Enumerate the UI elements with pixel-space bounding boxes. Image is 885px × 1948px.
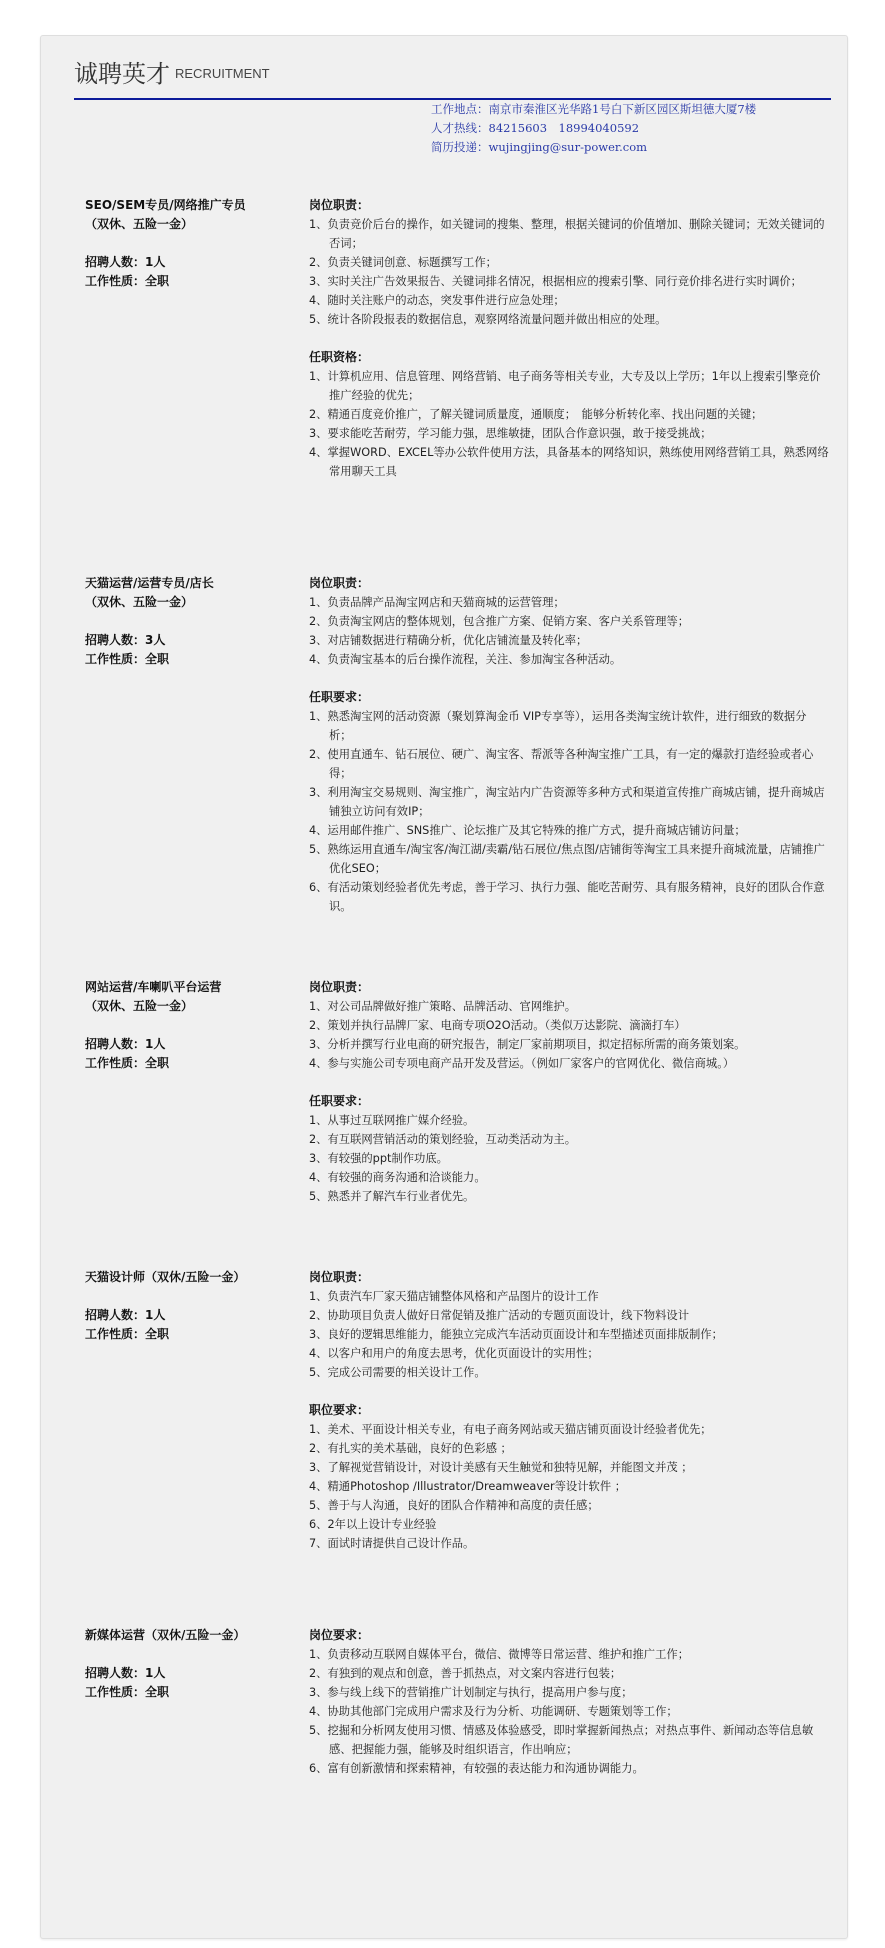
duty-item: 4、以客户和用户的角度去思考，优化页面设计的实用性； bbox=[309, 1344, 829, 1363]
job-summary: 天猫运营/运营专员/店长 （双休、五险一金） 招聘人数：3人 工作性质：全职 bbox=[85, 574, 295, 669]
job-title: 网站运营/车喇叭平台运营 bbox=[85, 978, 295, 997]
job-summary: 新媒体运营（双休/五险一金） 招聘人数：1人 工作性质：全职 bbox=[85, 1626, 295, 1702]
requirement-item: 1、计算机应用、信息管理、网络营销、电子商务等相关专业，大专及以上学历；1年以上… bbox=[309, 367, 829, 405]
page-subtitle: RECRUITMENT bbox=[175, 66, 270, 81]
requirement-item: 4、有较强的商务沟通和洽谈能力。 bbox=[309, 1168, 829, 1187]
requirement-item: 3、了解视觉营销设计，对设计美感有天生触觉和独特见解，并能图文并茂 ； bbox=[309, 1458, 829, 1477]
job-details: 岗位职责： 1、负责品牌产品淘宝网店和天猫商城的运营管理； 2、负责淘宝网店的整… bbox=[309, 574, 829, 916]
job-summary: SEO/SEM专员/网络推广专员 （双休、五险一金） 招聘人数：1人 工作性质：… bbox=[85, 196, 295, 291]
requirement-item: 2、有扎实的美术基础，良好的色彩感 ； bbox=[309, 1439, 829, 1458]
job-nature: 工作性质：全职 bbox=[85, 1054, 295, 1073]
job-nature: 工作性质：全职 bbox=[85, 650, 295, 669]
requirement-item: 3、有较强的ppt制作功底。 bbox=[309, 1149, 829, 1168]
duty-item: 4、协助其他部门完成用户需求及行为分析、功能调研、专题策划等工作； bbox=[309, 1702, 829, 1721]
duty-item: 4、参与实施公司专项电商产品开发及营运。（例如厂家客户的官网优化、微信商城。） bbox=[309, 1054, 829, 1073]
hotline: 人才热线：84215603 18994040592 bbox=[431, 119, 851, 138]
duty-item: 2、负责关键词创意、标题撰写工作； bbox=[309, 253, 829, 272]
duty-item: 5、完成公司需要的相关设计工作。 bbox=[309, 1363, 829, 1382]
job-summary: 天猫设计师（双休/五险一金） 招聘人数：1人 工作性质：全职 bbox=[85, 1268, 295, 1344]
duties-heading: 岗位职责： bbox=[309, 1268, 829, 1287]
duty-item: 4、随时关注账户的动态，突发事件进行应急处理； bbox=[309, 291, 829, 310]
requirement-item: 2、使用直通车、钻石展位、硬广、淘宝客、帮派等各种淘宝推广工具，有一定的爆款打造… bbox=[309, 745, 829, 783]
requirement-item: 5、熟悉并了解汽车行业者优先。 bbox=[309, 1187, 829, 1206]
requirements-heading: 任职资格： bbox=[309, 348, 829, 367]
job-nature: 工作性质：全职 bbox=[85, 1325, 295, 1344]
job-headcount: 招聘人数：1人 bbox=[85, 1035, 295, 1054]
job-headcount: 招聘人数：1人 bbox=[85, 1306, 295, 1325]
requirements-heading: 任职要求： bbox=[309, 1092, 829, 1111]
requirement-item: 5、熟练运用直通车/淘宝客/淘江湖/卖霸/钻石展位/焦点图/店铺街等淘宝工具来提… bbox=[309, 840, 829, 878]
duty-item: 1、负责移动互联网自媒体平台，微信、微博等日常运营、维护和推广工作； bbox=[309, 1645, 829, 1664]
duties-heading: 岗位要求： bbox=[309, 1626, 829, 1645]
job-headcount: 招聘人数：3人 bbox=[85, 631, 295, 650]
duty-item: 1、负责品牌产品淘宝网店和天猫商城的运营管理； bbox=[309, 593, 829, 612]
duties-heading: 岗位职责： bbox=[309, 978, 829, 997]
job-details: 岗位要求： 1、负责移动互联网自媒体平台，微信、微博等日常运营、维护和推广工作；… bbox=[309, 1626, 829, 1778]
requirement-item: 6、2年以上设计专业经验 bbox=[309, 1515, 829, 1534]
requirements-heading: 职位要求： bbox=[309, 1401, 829, 1420]
header: 诚聘英才 RECRUITMENT bbox=[74, 54, 831, 94]
contact-info: 工作地点：南京市秦淮区光华路1号白下新区园区斯坦德大厦7楼 人才热线：84215… bbox=[431, 100, 851, 157]
job-summary: 网站运营/车喇叭平台运营 （双休、五险一金） 招聘人数：1人 工作性质：全职 bbox=[85, 978, 295, 1073]
duty-item: 2、有独到的观点和创意，善于抓热点，对文案内容进行包装； bbox=[309, 1664, 829, 1683]
requirement-item: 2、有互联网营销活动的策划经验，互动类活动为主。 bbox=[309, 1130, 829, 1149]
job-details: 岗位职责： 1、负责汽车厂家天猫店铺整体风格和产品图片的设计工作 2、协助项目负… bbox=[309, 1268, 829, 1553]
recruitment-panel: 诚聘英才 RECRUITMENT 工作地点：南京市秦淮区光华路1号白下新区园区斯… bbox=[40, 35, 848, 1939]
duty-item: 3、参与线上线下的营销推广计划制定与执行，提高用户参与度； bbox=[309, 1683, 829, 1702]
duty-item: 1、负责汽车厂家天猫店铺整体风格和产品图片的设计工作 bbox=[309, 1287, 829, 1306]
duty-item: 2、协助项目负责人做好日常促销及推广活动的专题页面设计，线下物料设计 bbox=[309, 1306, 829, 1325]
requirement-item: 4、精通Photoshop /Illustrator/Dreamweaver等设… bbox=[309, 1477, 829, 1496]
duty-item: 6、富有创新激情和探索精神，有较强的表达能力和沟通协调能力。 bbox=[309, 1759, 829, 1778]
job-headcount: 招聘人数：1人 bbox=[85, 1664, 295, 1683]
page-title: 诚聘英才 bbox=[74, 54, 170, 89]
duty-item: 4、负责淘宝基本的后台操作流程，关注、参加淘宝各种活动。 bbox=[309, 650, 829, 669]
job-title: SEO/SEM专员/网络推广专员 bbox=[85, 196, 295, 215]
job-title: 天猫设计师（双休/五险一金） bbox=[85, 1268, 295, 1287]
duties-heading: 岗位职责： bbox=[309, 196, 829, 215]
requirement-item: 3、要求能吃苦耐劳，学习能力强，思维敏捷，团队合作意识强，敢于接受挑战； bbox=[309, 424, 829, 443]
job-nature: 工作性质：全职 bbox=[85, 272, 295, 291]
job-nature: 工作性质：全职 bbox=[85, 1683, 295, 1702]
requirement-item: 4、掌握WORD、EXCEL等办公软件使用方法，具备基本的网络知识，熟练使用网络… bbox=[309, 443, 829, 481]
requirement-item: 1、美术、平面设计相关专业，有电子商务网站或天猫店铺页面设计经验者优先； bbox=[309, 1420, 829, 1439]
duty-item: 3、良好的逻辑思维能力，能独立完成汽车活动页面设计和车型描述页面排版制作； bbox=[309, 1325, 829, 1344]
requirement-item: 5、善于与人沟通，良好的团队合作精神和高度的责任感； bbox=[309, 1496, 829, 1515]
job-details: 岗位职责： 1、负责竞价后台的操作，如关键词的搜集、整理，根据关键词的价值增加、… bbox=[309, 196, 829, 481]
job-title: 新媒体运营（双休/五险一金） bbox=[85, 1626, 295, 1645]
resume-email: 简历投递：wujingjing@sur-power.com bbox=[431, 138, 851, 157]
job-benefits: （双休、五险一金） bbox=[85, 593, 295, 612]
job-benefits: （双休、五险一金） bbox=[85, 997, 295, 1016]
duty-item: 1、负责竞价后台的操作，如关键词的搜集、整理，根据关键词的价值增加、删除关键词；… bbox=[309, 215, 829, 253]
work-address: 工作地点：南京市秦淮区光华路1号白下新区园区斯坦德大厦7楼 bbox=[431, 100, 851, 119]
requirements-heading: 任职要求： bbox=[309, 688, 829, 707]
requirement-item: 7、面试时请提供自己设计作品。 bbox=[309, 1534, 829, 1553]
duty-item: 3、实时关注广告效果报告、关键词排名情况，根据相应的搜索引擎、同行竞价排名进行实… bbox=[309, 272, 829, 291]
duty-item: 1、对公司品牌做好推广策略、品牌活动、官网维护。 bbox=[309, 997, 829, 1016]
requirement-item: 1、从事过互联网推广媒介经验。 bbox=[309, 1111, 829, 1130]
job-title: 天猫运营/运营专员/店长 bbox=[85, 574, 295, 593]
duties-heading: 岗位职责： bbox=[309, 574, 829, 593]
job-benefits: （双休、五险一金） bbox=[85, 215, 295, 234]
duty-item: 5、统计各阶段报表的数据信息，观察网络流量问题并做出相应的处理。 bbox=[309, 310, 829, 329]
duty-item: 3、分析并撰写行业电商的研究报告，制定厂家前期项目，拟定招标所需的商务策划案。 bbox=[309, 1035, 829, 1054]
job-headcount: 招聘人数：1人 bbox=[85, 253, 295, 272]
duty-item: 3、对店铺数据进行精确分析，优化店铺流量及转化率； bbox=[309, 631, 829, 650]
requirement-item: 2、精通百度竞价推广，了解关键词质量度，通顺度； 能够分析转化率、找出问题的关键… bbox=[309, 405, 829, 424]
job-details: 岗位职责： 1、对公司品牌做好推广策略、品牌活动、官网维护。 2、策划并执行品牌… bbox=[309, 978, 829, 1206]
requirement-item: 3、利用淘宝交易规则、淘宝推广，淘宝站内广告资源等多种方式和渠道宣传推广商城店铺… bbox=[309, 783, 829, 821]
requirement-item: 1、熟悉淘宝网的活动资源（聚划算淘金币 VIP专享等），运用各类淘宝统计软件，进… bbox=[309, 707, 829, 745]
requirement-item: 4、运用邮件推广、SNS推广、论坛推广及其它特殊的推广方式，提升商城店铺访问量； bbox=[309, 821, 829, 840]
requirement-item: 6、有活动策划经验者优先考虑，善于学习、执行力强、能吃苦耐劳、具有服务精神，良好… bbox=[309, 878, 829, 916]
duty-item: 5、挖掘和分析网友使用习惯、情感及体验感受，即时掌握新闻热点；对热点事件、新闻动… bbox=[309, 1721, 829, 1759]
duty-item: 2、负责淘宝网店的整体规划，包含推广方案、促销方案、客户关系管理等； bbox=[309, 612, 829, 631]
duty-item: 2、策划并执行品牌厂家、电商专项O2O活动。（类似万达影院、滴滴打车） bbox=[309, 1016, 829, 1035]
